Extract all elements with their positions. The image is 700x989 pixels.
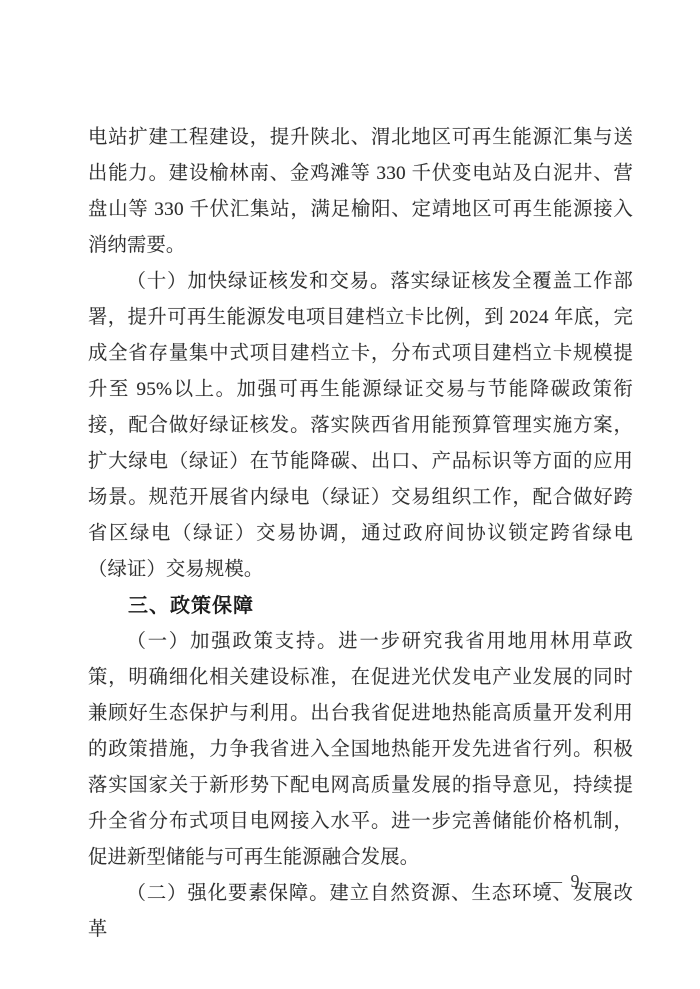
page-number: — 9 — [544,869,608,893]
page-body: 电站扩建工程建设，提升陕北、渭北地区可再生能源汇集与送出能力。建设榆林南、金鸡滩… [88,120,633,948]
paragraph-item-1: （一）加强政策支持。进一步研究我省用地用林用草政策，明确细化相关建设标准，在促进… [88,624,633,876]
paragraph-text: 电站扩建工程建设，提升陕北、渭北地区可再生能源汇集与送出能力。建设榆林南、金鸡滩… [88,127,633,256]
paragraph-lead: （二）强化要素保障。 [127,883,330,904]
paragraph-lead: （十）加快绿证核发和交易。 [127,271,391,292]
paragraph-text: 落实绿证核发全覆盖工作部署，提升可再生能源发电项目建档立卡比例，到 2024 年… [88,271,633,580]
paragraph-continuation: 电站扩建工程建设，提升陕北、渭北地区可再生能源汇集与送出能力。建设榆林南、金鸡滩… [88,120,633,264]
document-page: 电站扩建工程建设，提升陕北、渭北地区可再生能源汇集与送出能力。建设榆林南、金鸡滩… [0,0,700,989]
section-heading-policy-support: 三、政策保障 [88,588,633,624]
paragraph-item-10: （十）加快绿证核发和交易。落实绿证核发全覆盖工作部署，提升可再生能源发电项目建档… [88,264,633,588]
paragraph-text: 进一步研究我省用地用林用草政策，明确细化相关建设标准，在促进光伏发电产业发展的同… [88,631,633,868]
paragraph-lead: （一）加强政策支持。 [127,631,339,652]
